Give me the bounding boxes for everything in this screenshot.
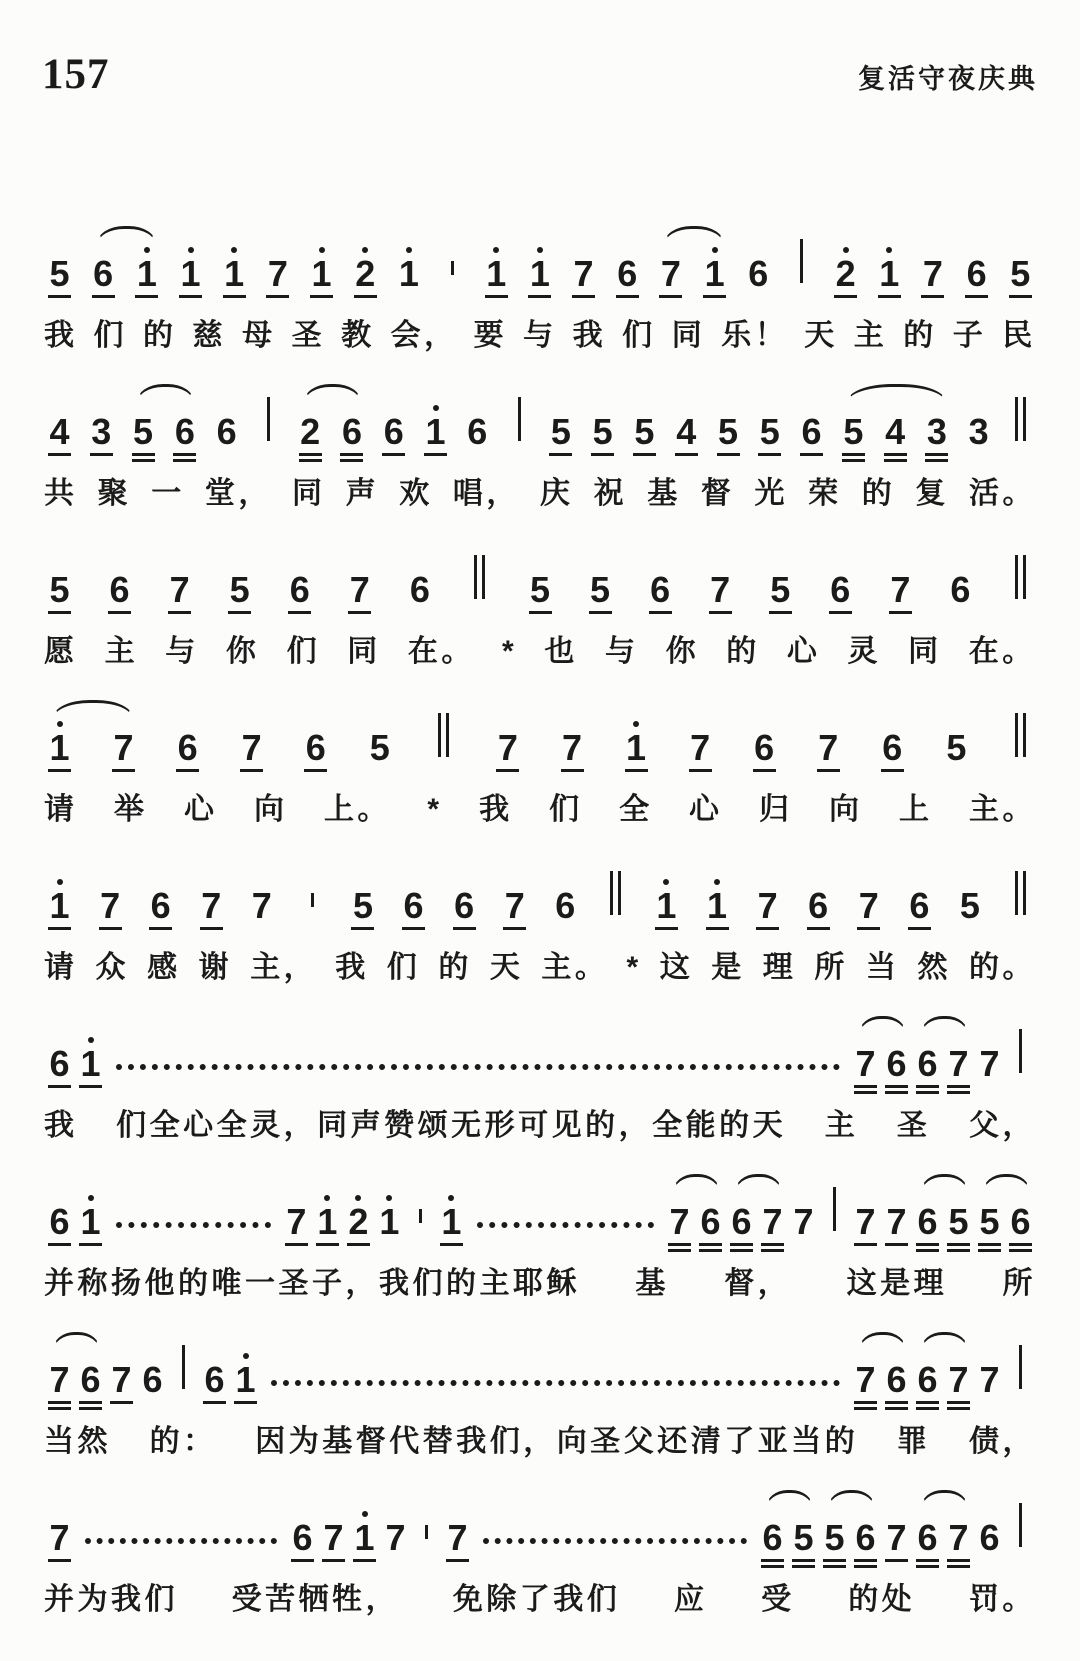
underline-slot (453, 924, 476, 939)
underline-slot (965, 292, 988, 307)
lyric-syllable: 与 (523, 316, 557, 356)
underline-slot (112, 766, 135, 781)
note-digit: 1 (354, 1520, 374, 1556)
note-underline (978, 1249, 1001, 1252)
note-underline (885, 1085, 908, 1088)
underline-slot (854, 1240, 877, 1255)
lyric-syllable: 的处 (848, 1580, 915, 1620)
note-digit: 1 (137, 256, 157, 292)
underline-slot (616, 292, 639, 307)
lyric-syllable: 灵 (848, 632, 882, 672)
note-digit: 6 (617, 256, 637, 292)
note-7: 7 (689, 715, 712, 781)
note-7: 7 (240, 715, 263, 781)
lyric-syllable: 众 (96, 948, 130, 988)
underline-slot (925, 450, 948, 465)
note-5: 5 (48, 557, 71, 623)
note-digit: 7 (669, 1204, 689, 1240)
lyric-syllable: 我 (335, 948, 369, 988)
note-digit: 6 (384, 414, 404, 450)
note-digit: 1 (80, 1204, 100, 1240)
underline-slot (266, 292, 289, 307)
note-underline (223, 295, 246, 298)
note-7: 7 (200, 873, 223, 939)
note-1: 1 (353, 1505, 376, 1571)
note-7: 7 (921, 241, 944, 307)
note-underline (291, 1559, 314, 1562)
underline-slot (947, 1556, 970, 1571)
note-underline (854, 1565, 877, 1568)
underline-slot (949, 608, 972, 623)
note-digit: 6 (731, 1204, 751, 1240)
note-underline (453, 927, 476, 930)
note-digit: 2 (836, 256, 856, 292)
note-digit: 6 (650, 572, 670, 608)
barline-bottom-slot (604, 924, 627, 939)
breath-mark-stroke (311, 893, 314, 907)
note-digit: 5 (530, 572, 550, 608)
lyric-syllable: 谢 (199, 948, 233, 988)
note-digit: 7 (762, 1204, 782, 1240)
underline-slot (885, 1240, 908, 1255)
note-underline (316, 1243, 339, 1246)
barline-strokes (474, 555, 485, 599)
lyric-syllable: 这是理 (847, 1264, 948, 1304)
slur (97, 226, 156, 244)
note-6: 6 (854, 1505, 877, 1571)
note-underline (916, 1243, 939, 1246)
page-header: 157 复活守夜庆典 (42, 50, 1038, 99)
note-digit: 6 (142, 1362, 162, 1398)
lyric-syllable: 免除了我们 (453, 1580, 621, 1620)
note-underline (132, 453, 155, 456)
note-5: 5 (945, 715, 968, 781)
slur (983, 1174, 1030, 1192)
note-digit: 1 (224, 256, 244, 292)
underline-slot (176, 766, 199, 781)
lyric-syllable: 并为我们 (44, 1580, 178, 1620)
note-digit: 5 (770, 572, 790, 608)
barline-stroke (1023, 555, 1026, 599)
note-7: 7 (817, 715, 840, 781)
note-underline (655, 927, 678, 930)
barline-bottom-slot (468, 608, 491, 623)
breath-mark (409, 1209, 432, 1255)
barline-strokes (438, 713, 449, 757)
underline-slot (529, 608, 552, 623)
underline-slot (842, 450, 865, 465)
lyric-syllable: 基 (635, 1264, 669, 1304)
lyric-syllable: 罪 (897, 1422, 931, 1462)
lyric-syllable: 天 (804, 316, 838, 356)
note-digit: 6 (292, 1520, 312, 1556)
lyric-syllable: 主 (825, 1106, 859, 1146)
page-number: 157 (42, 50, 110, 99)
note-underline (908, 927, 931, 930)
underline-slot (807, 924, 830, 939)
note-digit: 5 (634, 414, 654, 450)
note-6: 6 (173, 399, 196, 465)
lyric-syllable: 的 (862, 474, 896, 514)
note-underline (854, 1091, 877, 1094)
underline-slot (549, 450, 572, 465)
slur (859, 1332, 906, 1350)
note-digit: 6 (178, 730, 198, 766)
lyric-syllable: 一 (151, 474, 185, 514)
underline-slot (291, 1556, 314, 1571)
note-underline (347, 1243, 370, 1246)
note-7: 7 (322, 1505, 345, 1571)
note-digit: 1 (312, 256, 332, 292)
recitation-dots (106, 1222, 281, 1255)
lyric-syllable: 然 (917, 948, 951, 988)
note-1: 1 (223, 241, 246, 307)
underline-slot (90, 450, 113, 465)
note-2: 2 (354, 241, 377, 307)
note-1: 1 (79, 1189, 102, 1255)
note-6: 6 (288, 557, 311, 623)
music-system: 561117121117671621765我们的慈母圣教会，要与我们同乐！天主的… (42, 227, 1038, 356)
underline-slot (503, 924, 526, 939)
note-6: 6 (382, 399, 405, 465)
note-5: 5 (48, 241, 71, 307)
note-5: 5 (549, 399, 572, 465)
note-6: 6 (48, 1189, 71, 1255)
underline-slot (655, 924, 678, 939)
lyric-syllable: 们全心全灵，同声赞颂无形可见的，全能的天 (116, 1106, 786, 1146)
note-underline (310, 295, 333, 298)
barline-bottom-slot (172, 1398, 195, 1413)
barline-stroke (1019, 1345, 1022, 1389)
note-underline (978, 1243, 1001, 1246)
note-1: 1 (424, 399, 447, 465)
note-6: 6 (48, 1031, 71, 1097)
lyric-syllable: 请 (44, 790, 78, 830)
underline-slot (709, 608, 732, 623)
note-underline (79, 1401, 102, 1404)
note-underline (699, 1249, 722, 1252)
slur (53, 1332, 100, 1350)
lyric-syllable: 这 (660, 948, 694, 988)
lyric-syllable: 乐！ (721, 316, 788, 356)
lyric-syllable: 声 (346, 474, 380, 514)
barline-bottom-slot (432, 766, 455, 781)
barline-stroke (446, 713, 449, 757)
note-underline (90, 453, 113, 456)
note-digit: 7 (574, 256, 594, 292)
note-digit: 7 (100, 888, 120, 924)
note-underline (947, 1565, 970, 1568)
note-underline (916, 1249, 939, 1252)
barline-strokes (1019, 1345, 1022, 1389)
underline-slot (168, 608, 191, 623)
barline-bottom-slot (1009, 766, 1032, 781)
underline-slot (485, 292, 508, 307)
underline-slot (351, 924, 374, 939)
lyric-syllable: 复 (915, 474, 949, 514)
lyric-syllable: 与 (605, 632, 639, 672)
note-digit: 6 (917, 1520, 937, 1556)
note-underline (842, 453, 865, 456)
underline-slot (1009, 292, 1032, 307)
note-digit: 6 (110, 572, 130, 608)
lyric-syllable: 愿 (44, 632, 78, 672)
note-digit: 7 (793, 1204, 813, 1240)
lyric-syllable: 基 (647, 474, 681, 514)
music-system: 17676577176765请举心向上。*我们全心归向上主。 (42, 701, 1038, 830)
note-underline (149, 927, 172, 930)
recitation-dots-line (116, 1222, 271, 1228)
note-underline (947, 1085, 970, 1088)
notes-line: 17677566761176765 (42, 859, 1038, 939)
note-6: 6 (747, 241, 770, 307)
underline-slot (706, 924, 729, 939)
note-digit: 1 (705, 256, 725, 292)
note-underline (842, 459, 865, 462)
lyric-syllable: 向 (829, 790, 863, 830)
note-digit: 1 (426, 414, 446, 450)
note-underline (616, 295, 639, 298)
note-underline (351, 927, 374, 930)
note-underline (706, 927, 729, 930)
note-7: 7 (503, 873, 526, 939)
music-system: 567567655675676愿主与你们同在。*也与你的心灵同在。 (42, 543, 1038, 672)
note-digit: 7 (447, 1520, 467, 1556)
note-underline (889, 611, 912, 614)
note-underline (854, 1559, 877, 1562)
note-underline (48, 611, 71, 614)
underline-slot (402, 924, 425, 939)
note-underline (947, 1091, 970, 1094)
lyric-syllable: 罚。 (969, 1580, 1036, 1620)
note-5: 5 (132, 399, 155, 465)
lyric-syllable: 圣 (292, 316, 326, 356)
lyric-syllable: 主。 (969, 790, 1036, 830)
note-underline (561, 769, 584, 772)
note-digit: 1 (235, 1362, 255, 1398)
note-digit: 1 (80, 1046, 100, 1082)
note-5: 5 (633, 399, 656, 465)
barline-strokes (1015, 713, 1026, 757)
underline-slot (179, 292, 202, 307)
double-barline (1009, 856, 1032, 939)
note-digit: 5 (593, 414, 613, 450)
note-7: 7 (561, 715, 584, 781)
note-digit: 5 (353, 888, 373, 924)
underline-slot (108, 608, 131, 623)
note-digit: 5 (948, 1204, 968, 1240)
note-digit: 7 (855, 1046, 875, 1082)
underline-slot (945, 766, 968, 781)
note-underline (885, 1243, 908, 1246)
note-underline (921, 295, 944, 298)
note-underline (884, 453, 907, 456)
lyric-syllable: 督， (724, 1264, 791, 1304)
note-digit: 7 (758, 888, 778, 924)
note-7: 7 (48, 1347, 71, 1413)
note-1: 1 (48, 715, 71, 781)
note-underline (703, 295, 726, 298)
note-6: 6 (554, 873, 577, 939)
lyric-syllable: 天 (490, 948, 524, 988)
music-system: 617121176677776556并称扬他的唯一圣子，我们的主耶稣基督，这是理… (42, 1175, 1038, 1304)
lyric-syllable: 在。 (408, 632, 475, 672)
barline-stroke (1015, 397, 1018, 441)
note-digit: 5 (979, 1204, 999, 1240)
lyric-syllable: 教 (341, 316, 375, 356)
note-underline (176, 769, 199, 772)
lyric-syllable: 应 (674, 1580, 708, 1620)
note-digit: 6 (950, 572, 970, 608)
note-underline (135, 295, 158, 298)
note-6: 6 (881, 715, 904, 781)
note-7: 7 (348, 557, 371, 623)
note-digit: 1 (399, 256, 419, 292)
note-digit: 7 (818, 730, 838, 766)
note-underline (503, 927, 526, 930)
note-digit: 7 (661, 256, 681, 292)
lyric-syllable: 是 (711, 948, 745, 988)
barline-strokes (1015, 871, 1026, 915)
note-underline (203, 1401, 226, 1404)
recitation-dots (261, 1380, 850, 1413)
underline-slot (857, 924, 880, 939)
lyric-syllable: 们 (287, 632, 321, 672)
note-digit: 6 (204, 1362, 224, 1398)
note-6: 6 (466, 399, 489, 465)
underline-slot (730, 1240, 753, 1255)
double-barline (1009, 382, 1032, 465)
lyric-syllable: 我 (479, 790, 513, 830)
note-underline (885, 1091, 908, 1094)
note-6: 6 (807, 873, 830, 939)
note-digit: 5 (230, 572, 250, 608)
note-underline (299, 459, 322, 462)
lyric-syllable: 聚 (98, 474, 132, 514)
underline-slot (384, 1556, 407, 1571)
note-underline (92, 295, 115, 298)
lyric-syllable: 债， (969, 1422, 1036, 1462)
underline-slot (353, 1556, 376, 1571)
underline-slot (554, 924, 577, 939)
note-digit: 6 (555, 888, 575, 924)
barline (1009, 1330, 1032, 1413)
note-underline (48, 1401, 71, 1404)
barline-bottom-slot (257, 450, 280, 465)
note-underline (769, 611, 792, 614)
underline-slot (223, 292, 246, 307)
note-5: 5 (823, 1505, 846, 1571)
note-underline (668, 1243, 691, 1246)
underline-slot (817, 766, 840, 781)
note-7: 7 (659, 241, 682, 307)
lyric-syllable: 唱， (453, 474, 520, 514)
note-6: 6 (408, 557, 431, 623)
barline-stroke (1023, 397, 1026, 441)
note-digit: 1 (530, 256, 550, 292)
note-underline (446, 1559, 469, 1562)
note-6: 6 (1009, 1189, 1032, 1255)
notes-line: 6176677 (42, 1017, 1038, 1097)
note-digit: 6 (917, 1362, 937, 1398)
note-underline (947, 1249, 970, 1252)
note-digit: 6 (151, 888, 171, 924)
note-underline (689, 769, 712, 772)
note-digit: 5 (551, 414, 571, 450)
note-6: 6 (215, 399, 238, 465)
notes-line: 567567655675676 (42, 543, 1038, 623)
note-digit: 6 (467, 414, 487, 450)
underline-slot (978, 1082, 1001, 1097)
note-underline (348, 611, 371, 614)
lyrics-line: 请众感谢主，我们的天主。*这是理所当然的。 (42, 948, 1038, 988)
note-7: 7 (978, 1347, 1001, 1413)
note-7: 7 (756, 873, 779, 939)
note-underline (854, 1407, 877, 1410)
barline-stroke (1019, 1029, 1022, 1073)
hymnal-page: 157 复活守夜庆典 561117121117671621765我们的慈母圣教会… (0, 0, 1080, 1661)
note-digit: 7 (886, 1520, 906, 1556)
note-underline (240, 769, 263, 772)
barline (172, 1330, 195, 1413)
lyric-syllable: 当然 (44, 1422, 111, 1462)
note-digit: 7 (948, 1520, 968, 1556)
underline-slot (408, 608, 431, 623)
note-digit: 1 (626, 730, 646, 766)
note-1: 1 (528, 241, 551, 307)
note-digit: 2 (355, 256, 375, 292)
note-1: 1 (878, 241, 901, 307)
note-underline (228, 611, 251, 614)
underline-slot (149, 924, 172, 939)
underline-slot (978, 1556, 1001, 1571)
note-underline (485, 295, 508, 298)
lyric-syllable: 的。 (969, 948, 1036, 988)
note-digit: 7 (268, 256, 288, 292)
note-digit: 6 (855, 1520, 875, 1556)
note-underline (48, 453, 71, 456)
underline-slot (884, 450, 907, 465)
barline-stroke (1023, 713, 1026, 757)
note-underline (79, 1407, 102, 1410)
note-7: 7 (978, 1031, 1001, 1097)
note-1: 1 (378, 1189, 401, 1255)
lyric-syllable: 同 (672, 316, 706, 356)
note-6: 6 (402, 873, 425, 939)
underline-slot (792, 1556, 815, 1571)
lyric-syllable: 归 (759, 790, 793, 830)
barline-strokes (267, 397, 270, 441)
underline-slot (141, 1398, 164, 1413)
breath-mark-stroke (451, 261, 454, 275)
note-digit: 6 (802, 414, 822, 450)
lyric-syllable: * (427, 790, 442, 830)
slur (859, 1016, 906, 1034)
note-digit: 1 (707, 888, 727, 924)
recitation-dots-line (116, 1064, 840, 1070)
note-underline (99, 927, 122, 930)
underline-slot (79, 1240, 102, 1255)
note-1: 1 (625, 715, 648, 781)
slur (664, 226, 724, 244)
lyrics-line: 共聚一堂，同声欢唱，庆祝基督光荣的复活。 (42, 474, 1038, 514)
note-digit: 1 (441, 1204, 461, 1240)
note-digit: 6 (410, 572, 430, 608)
note-digit: 6 (886, 1046, 906, 1082)
note-1: 1 (316, 1189, 339, 1255)
underline-slot (48, 292, 71, 307)
notes-line: 17676577176765 (42, 701, 1038, 781)
